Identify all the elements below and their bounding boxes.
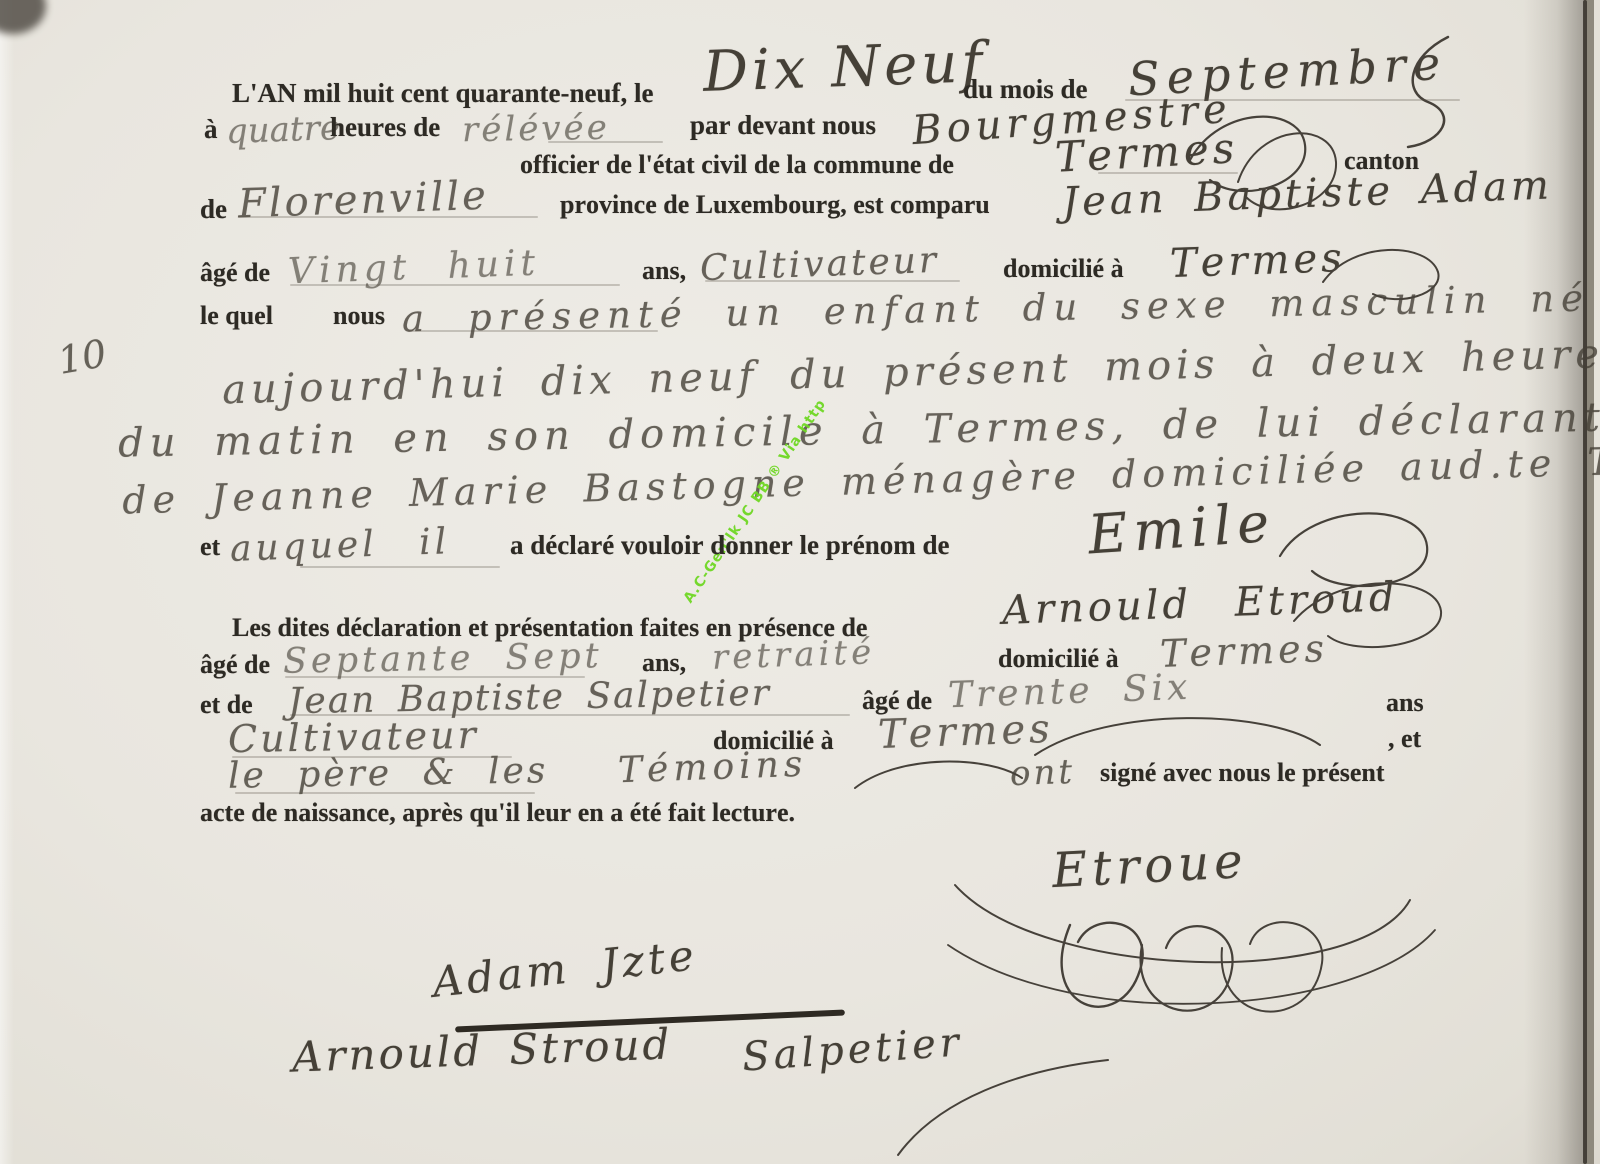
form-line <box>235 792 535 794</box>
flourish-witness2-domicile-tail <box>1030 700 1330 770</box>
hand-pere-temoins: le père & les <box>228 753 549 795</box>
printed-declare-prenom: a déclaré vouloir donner le prénom de <box>510 532 949 559</box>
form-line <box>290 714 850 716</box>
form-line <box>1098 172 1238 174</box>
printed-opening-year: L'AN mil huit cent quarante-neuf, le <box>232 80 654 107</box>
printed-virgule-et: , et <box>1388 726 1421 752</box>
printed-domicilie-1: domicilié à <box>1003 256 1124 282</box>
margin-act-number: 10 <box>55 334 109 380</box>
printed-age-de-2: âgé de <box>200 652 270 678</box>
hand-day: Dix Neuf <box>702 35 987 101</box>
corner-ink-blot <box>0 0 46 34</box>
printed-ans-3: ans <box>1386 690 1424 716</box>
form-line <box>238 216 538 218</box>
form-line <box>232 756 512 758</box>
flourish-temoins-tail <box>850 748 1030 808</box>
flourish-commune-tail <box>1228 112 1348 227</box>
form-line <box>705 280 960 282</box>
printed-officier: officier de l'état civil de la commune d… <box>520 152 954 178</box>
flourish-witness1-tail <box>1286 566 1456 661</box>
signature-father: Adam Jzte <box>431 934 700 1004</box>
printed-lequel: le quel <box>200 303 273 329</box>
form-line <box>290 284 620 286</box>
form-line <box>1125 99 1460 101</box>
form-line <box>285 676 585 678</box>
signature-witness1: Arnould Stroud <box>291 1023 673 1078</box>
page-edge-line <box>1583 0 1587 1164</box>
printed-par-devant-nous: par devant nous <box>690 112 876 139</box>
printed-et: et <box>200 534 220 560</box>
flourish-domicile-tail <box>1318 232 1448 312</box>
form-line <box>548 141 663 143</box>
signature-mayor-flourish <box>930 830 1460 1045</box>
printed-et-de: et de <box>200 692 253 718</box>
hand-child-name: Emile <box>1086 496 1276 563</box>
printed-province: province de Luxembourg, est comparu <box>560 192 990 218</box>
printed-de: de <box>200 196 227 223</box>
form-line <box>300 566 500 568</box>
printed-domicilie-2: domicilié à <box>998 646 1119 672</box>
printed-nous: nous <box>333 303 385 329</box>
flourish-month-tail <box>1388 32 1468 152</box>
hand-witness1-profession: retraité <box>711 635 875 675</box>
printed-acte-lecture: acte de naissance, après qu'il leur en a… <box>200 800 795 826</box>
flourish-salpetier-tail <box>858 1055 1138 1160</box>
hand-witness1-age: Septante Sept <box>283 639 603 680</box>
scanned-birth-record: 10 L'AN mil huit cent quarante-neuf, le … <box>0 0 1600 1164</box>
left-edge-highlight <box>0 0 14 1164</box>
printed-ans-2: ans, <box>642 650 686 676</box>
printed-ans-1: ans, <box>642 258 686 284</box>
hand-temoins: Témoins <box>617 747 807 790</box>
hand-hour: quatre <box>225 111 340 149</box>
printed-heures-de: heures de <box>330 114 440 141</box>
printed-age-de-1: âgé de <box>200 260 270 286</box>
printed-a: à <box>204 116 218 143</box>
form-line <box>408 330 658 332</box>
hand-auquel-il: auquel il <box>229 524 450 568</box>
